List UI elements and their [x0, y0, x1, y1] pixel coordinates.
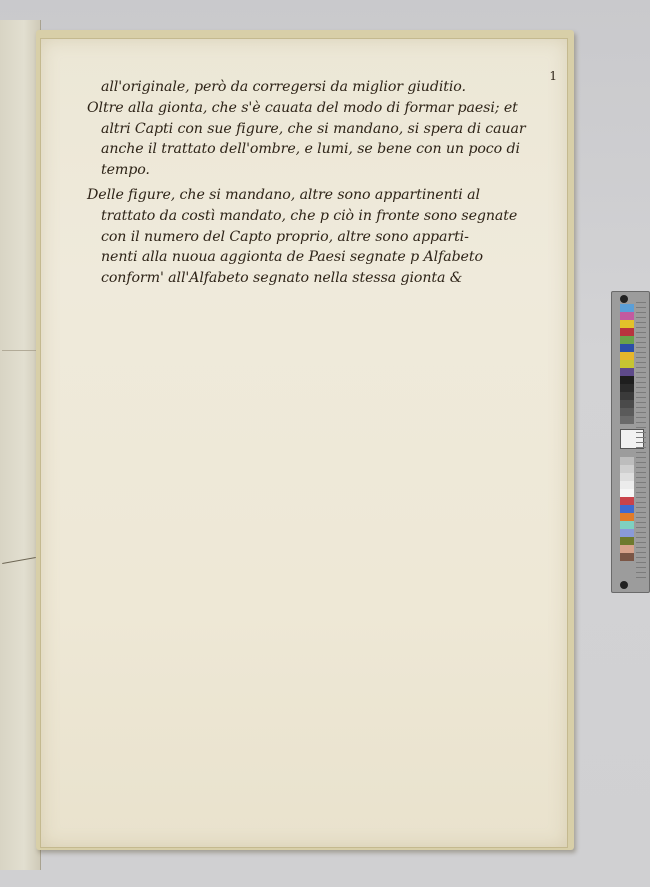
text-line: con il numero del Capto proprio, altre s… — [101, 227, 541, 248]
color-swatch — [620, 553, 634, 561]
text-line: Delle figure, che si mandano, altre sono… — [87, 185, 541, 206]
color-swatch — [620, 545, 634, 553]
color-swatch — [620, 392, 634, 400]
color-swatch — [620, 336, 634, 344]
color-swatch — [620, 328, 634, 336]
color-swatch — [620, 473, 634, 481]
handwritten-text: all'originale, però da corregersi da mig… — [101, 77, 541, 289]
color-swatch — [620, 368, 634, 376]
text-line: altri Capti con sue figure, che si manda… — [101, 119, 541, 140]
color-swatch — [620, 489, 634, 497]
text-line: Oltre alla gionta, che s'è cauata del mo… — [87, 98, 541, 119]
manuscript-page: 1 all'originale, però da corregersi da m… — [40, 38, 568, 848]
chart-hole — [620, 295, 628, 303]
text-line: tempo. — [101, 160, 541, 181]
color-swatch — [620, 529, 634, 537]
color-swatch — [620, 505, 634, 513]
color-swatch — [620, 465, 634, 473]
color-swatch — [620, 304, 634, 312]
color-swatch — [620, 312, 634, 320]
text-line: all'originale, però da corregersi da mig… — [101, 77, 541, 98]
color-swatch — [620, 513, 634, 521]
color-swatch — [620, 400, 634, 408]
color-swatch — [620, 320, 634, 328]
color-swatch — [620, 537, 634, 545]
color-swatch — [620, 376, 634, 384]
color-calibration-chart — [611, 291, 650, 593]
text-line: conform' all'Alfabeto segnato nella stes… — [101, 268, 541, 289]
page-mark: 1 — [549, 69, 557, 83]
color-swatches-bottom — [620, 457, 634, 561]
color-swatch — [620, 384, 634, 392]
color-swatch — [620, 408, 634, 416]
color-swatch — [620, 416, 634, 424]
color-swatch — [620, 344, 634, 352]
page-crease — [2, 350, 38, 351]
chart-hole — [620, 581, 628, 589]
chart-scale-ticks — [636, 302, 646, 582]
color-swatch — [620, 521, 634, 529]
color-swatch — [620, 360, 634, 368]
color-swatch — [620, 497, 634, 505]
color-swatches-top — [620, 304, 634, 424]
color-swatch — [620, 457, 634, 465]
color-swatch — [620, 481, 634, 489]
page-crease — [2, 557, 36, 564]
text-line: anche il trattato dell'ombre, e lumi, se… — [101, 139, 541, 160]
color-swatch — [620, 352, 634, 360]
paragraph-1: all'originale, però da corregersi da mig… — [101, 77, 541, 181]
paragraph-2: Delle figure, che si mandano, altre sono… — [101, 185, 541, 289]
text-line: nenti alla nuoua aggionta de Paesi segna… — [101, 247, 541, 268]
facing-page-edge — [0, 20, 41, 870]
text-line: trattato da costì mandato, che p ciò in … — [101, 206, 541, 227]
